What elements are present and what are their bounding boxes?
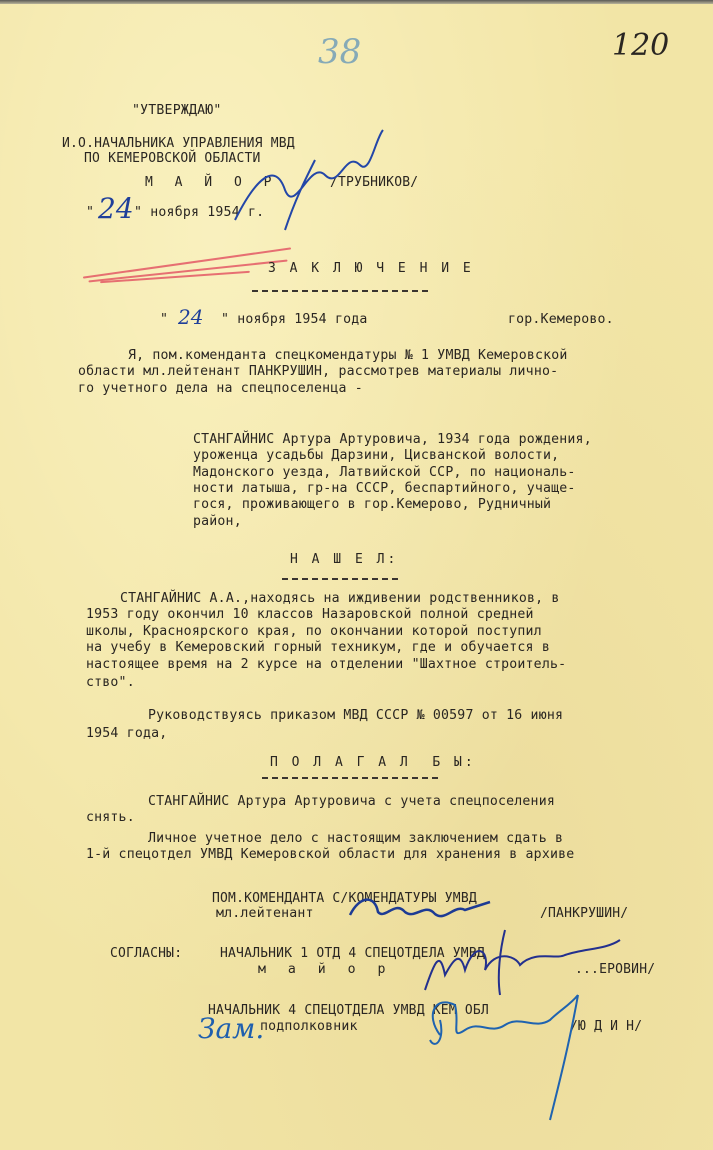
document-date-rest: " ноября 1954 года — [221, 312, 368, 328]
found-line: 1953 году окончил 10 классов Назаровской… — [86, 607, 534, 623]
approval-date-day-handwritten: 24 — [98, 192, 134, 225]
found-heading: Н А Ш Е Л: — [290, 552, 398, 568]
title-underline — [252, 290, 428, 292]
author-position: ПОМ.КОМЕНДАНТА С/КОМЕНДАТУРЫ УМВД — [212, 891, 477, 907]
subject-line: Мадонского уезда, Латвийской ССР, по нац… — [193, 465, 576, 481]
approval-date-open: " — [86, 205, 94, 221]
found-line: на учебу в Кемеровский горный техникум, … — [86, 640, 550, 656]
agree2-handwritten-prefix: Зам. — [198, 1012, 264, 1045]
subject-line: уроженца усадьбы Дарзини, Цисванской вол… — [193, 448, 559, 464]
proposal-heading: П О Л А Г А Л Б Ы: — [270, 755, 476, 771]
found-line: СТАНГАЙНИС А.А.,находясь на иждивении ро… — [120, 591, 560, 607]
document-date-open: " — [160, 312, 168, 328]
agree2-name: /Ю Д И Н/ — [570, 1019, 642, 1035]
proposal-underline — [262, 777, 438, 779]
subject-line: район, — [193, 514, 242, 530]
archive-line: 1-й спецотдел УМВД Кемеровской области д… — [86, 847, 574, 863]
agree1-position: НАЧАЛЬНИК 1 ОТД 4 СПЕЦОТДЕЛА УМВД — [220, 946, 485, 962]
guided-line: 1954 года, — [86, 726, 167, 742]
found-line: школы, Красноярского края, по окончании … — [86, 624, 542, 640]
pencil-page-number: 38 — [318, 32, 361, 72]
intro-line: Я, пом.коменданта спецкомендатуры № 1 УМ… — [128, 348, 568, 364]
approval-position-line1: И.О.НАЧАЛЬНИКА УПРАВЛЕНИЯ МВД — [62, 136, 295, 152]
approval-rank: М А Й О Р — [145, 175, 278, 191]
intro-line: го учетного дела на спецпоселенца - — [78, 381, 363, 397]
subject-line: СТАНГАЙНИС Артура Артуровича, 1934 года … — [193, 432, 592, 448]
found-line: настоящее время на 2 курсе на отделении … — [86, 657, 566, 673]
intro-line: области мл.лейтенант ПАНКРУШИН, рассмотр… — [78, 364, 558, 380]
agree2-rank: подполковник — [260, 1019, 358, 1035]
approval-position-line2: ПО КЕМЕРОВСКОЙ ОБЛАСТИ — [84, 151, 261, 167]
folio-number: 120 — [612, 28, 669, 63]
subject-line: гося, проживающего в гор.Кемерово, Рудни… — [193, 497, 551, 513]
archive-line: Личное учетное дело с настоящим заключен… — [148, 831, 563, 847]
author-name: /ПАНКРУШИН/ — [540, 906, 628, 922]
approval-heading: "УТВЕРЖДАЮ" — [132, 103, 222, 119]
agree1-rank: м а й о р — [258, 962, 392, 978]
proposal-line: СТАНГАЙНИС Артура Артуровича с учета спе… — [148, 794, 555, 810]
agree1-name: ...ЕРОВИН/ — [575, 962, 655, 978]
document-date-day-handwritten: 24 — [178, 305, 203, 329]
document-title: З А К Л Ю Ч Е Н И Е — [268, 261, 474, 277]
guided-line: Руководствуясь приказом МВД СССР № 00597… — [148, 708, 563, 724]
document-page: 38 120 "УТВЕРЖДАЮ" И.О.НАЧАЛЬНИКА УПРАВЛ… — [0, 0, 713, 1150]
approval-name: /ТРУБНИКОВ/ — [330, 175, 418, 191]
subject-line: ности латыша, гр-на СССР, беспартийного,… — [193, 481, 576, 497]
found-line: ство". — [86, 675, 135, 691]
author-rank: мл.лейтенант — [216, 906, 314, 922]
agreed-label: СОГЛАСНЫ: — [110, 946, 182, 962]
scan-top-edge — [0, 0, 713, 4]
document-city: гор.Кемерово. — [508, 312, 614, 328]
proposal-line: снять. — [86, 810, 135, 826]
found-underline — [282, 578, 398, 580]
approval-date-rest: " ноября 1954 г. — [134, 205, 264, 221]
